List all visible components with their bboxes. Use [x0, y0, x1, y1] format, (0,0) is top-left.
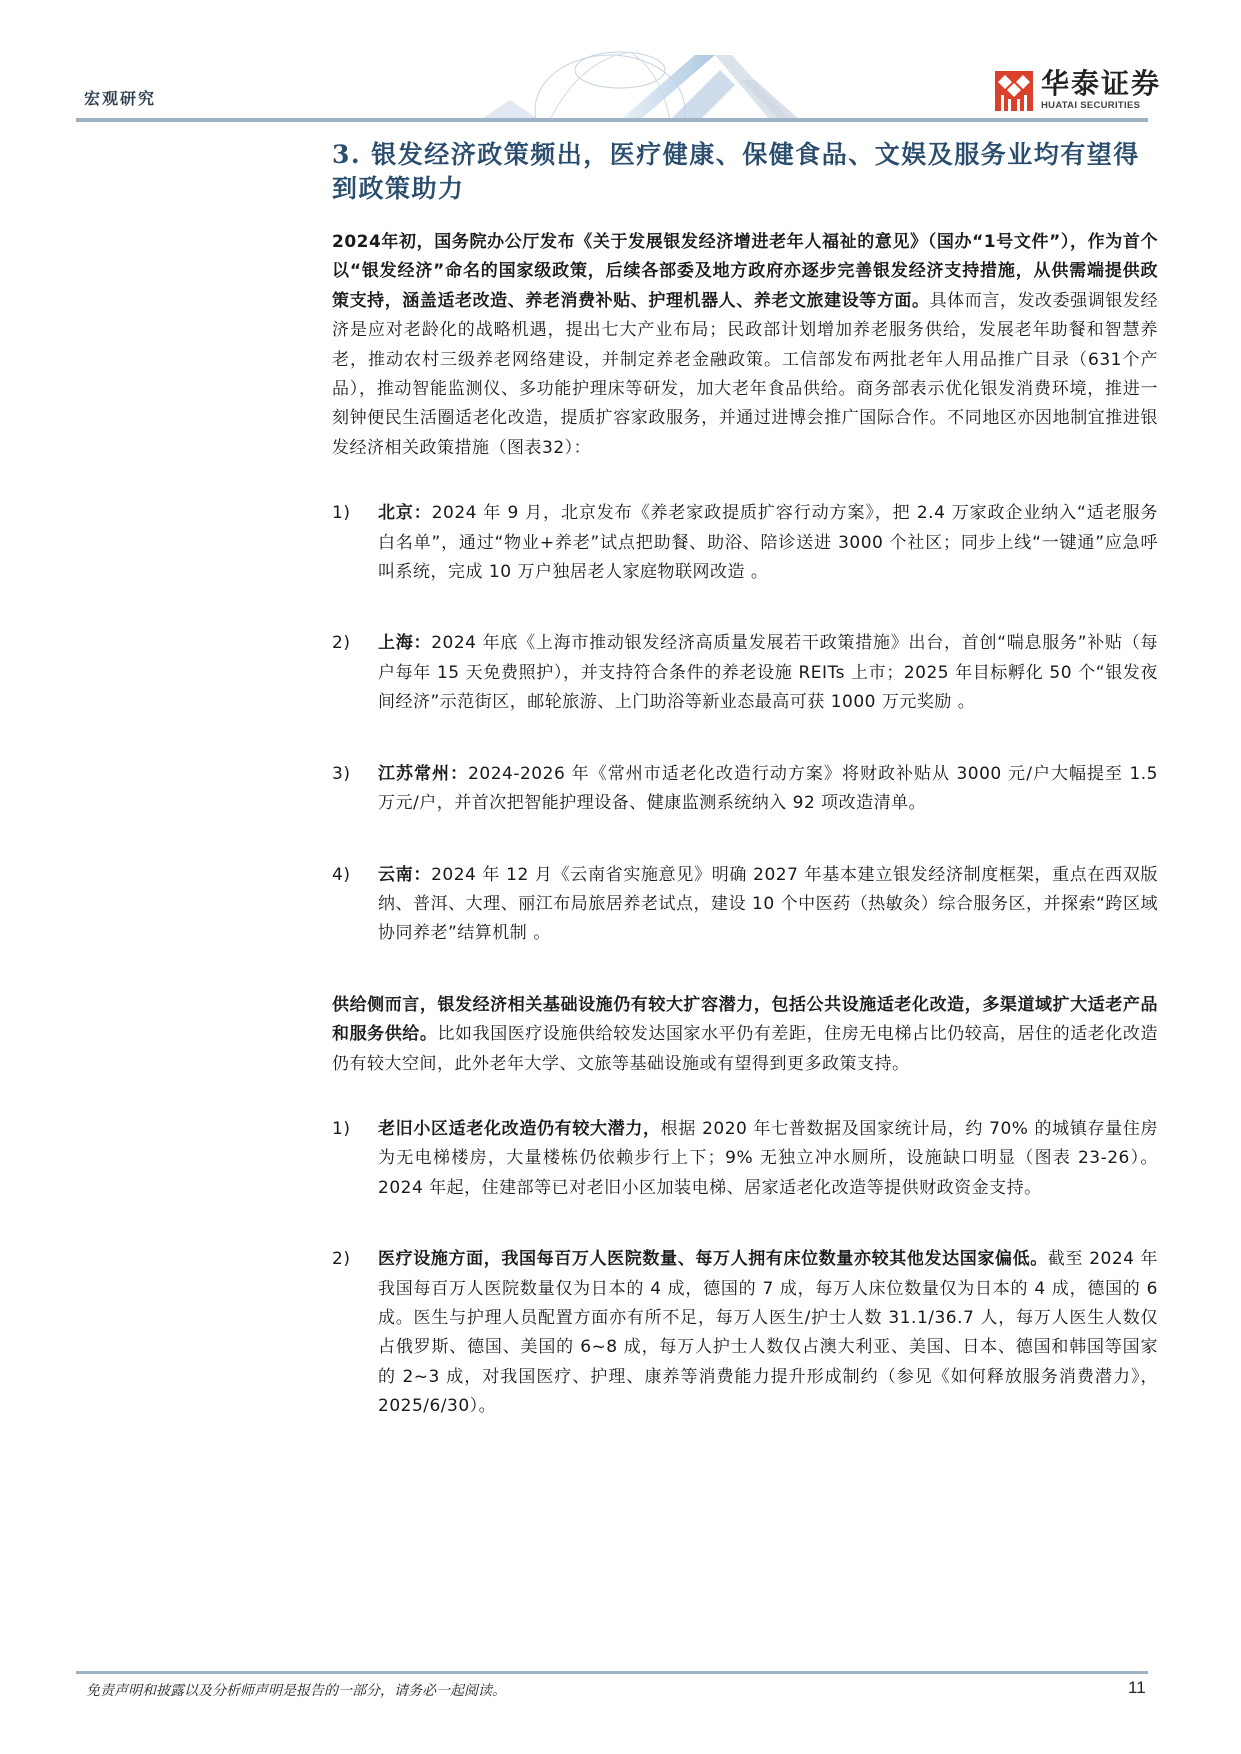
- item-heading: 云南：: [378, 865, 431, 885]
- list-number: 2): [332, 629, 378, 717]
- logo-name-cn: 华泰证券: [1041, 70, 1161, 98]
- list-item: 2) 上海：2024 年底《上海市推动银发经济高质量发展若干政策措施》出台，首创…: [332, 629, 1158, 717]
- huatai-logo: 华泰证券 HUATAI SECURITIES: [995, 70, 1161, 111]
- page-number: 11: [1128, 1678, 1146, 1698]
- footer-disclaimer: 免责声明和披露以及分析师声明是报告的一部分，请务必一起阅读。: [86, 1680, 506, 1700]
- item-text: 2024-2026 年《常州市适老化改造行动方案》将财政补贴从 3000 元/户…: [378, 764, 1158, 813]
- item-text: 2024 年底《上海市推动银发经济高质量发展若干政策措施》出台，首创“喘息服务”…: [378, 633, 1158, 712]
- item-text: 2024 年 9 月，北京发布《养老家政提质扩容行动方案》，把 2.4 万家政企…: [378, 503, 1158, 582]
- footer-divider: [76, 1671, 1148, 1674]
- list-number: 2): [332, 1245, 378, 1421]
- item-heading: 老旧小区适老化改造仍有较大潜力，: [378, 1119, 661, 1139]
- supply-item-list: 1) 老旧小区适老化改造仍有较大潜力，根据 2020 年七普数据及国家统计局，约…: [332, 1115, 1158, 1422]
- list-number: 1): [332, 1115, 378, 1203]
- list-item: 2) 医疗设施方面，我国每百万人医院数量、每万人拥有床位数量亦较其他发达国家偏低…: [332, 1245, 1158, 1421]
- list-number: 1): [332, 499, 378, 587]
- main-content: 3. 银发经济政策频出，医疗健康、保健食品、文娱及服务业均有望得到政策助力 20…: [332, 138, 1158, 1464]
- item-heading: 江苏常州：: [378, 764, 468, 784]
- list-item: 1) 北京：2024 年 9 月，北京发布《养老家政提质扩容行动方案》，把 2.…: [332, 499, 1158, 587]
- section-title: 3. 银发经济政策频出，医疗健康、保健食品、文娱及服务业均有望得到政策助力: [332, 138, 1158, 206]
- list-number: 4): [332, 861, 378, 949]
- list-item: 4) 云南：2024 年 12 月《云南省实施意见》明确 2027 年基本建立银…: [332, 861, 1158, 949]
- item-text: 2024 年 12 月《云南省实施意见》明确 2027 年基本建立银发经济制度框…: [378, 865, 1158, 944]
- supply-text: 比如我国医疗设施供给较发达国家水平仍有差距，住房无电梯占比仍较高，居住的适老化改…: [332, 1024, 1158, 1073]
- list-number: 3): [332, 760, 378, 819]
- regional-policy-list: 1) 北京：2024 年 9 月，北京发布《养老家政提质扩容行动方案》，把 2.…: [332, 499, 1158, 948]
- list-item: 1) 老旧小区适老化改造仍有较大潜力，根据 2020 年七普数据及国家统计局，约…: [332, 1115, 1158, 1203]
- header-divider: [76, 118, 1148, 122]
- intro-paragraph: 2024年初，国务院办公厅发布《关于发展银发经济增进老年人福祉的意见》（国办“1…: [332, 228, 1158, 463]
- item-text: 截至 2024 年我国每百万人医院数量仅为日本的 4 成，德国的 7 成，每万人…: [378, 1249, 1158, 1416]
- huatai-logo-mark-icon: [995, 71, 1033, 111]
- item-heading: 北京：: [378, 503, 432, 523]
- section-label: 宏观研究: [84, 86, 156, 109]
- logo-name-en: HUATAI SECURITIES: [1041, 100, 1161, 111]
- globe-decoration-icon: [470, 40, 800, 120]
- item-heading: 上海：: [378, 633, 431, 653]
- list-item: 3) 江苏常州：2024-2026 年《常州市适老化改造行动方案》将财政补贴从 …: [332, 760, 1158, 819]
- supply-paragraph: 供给侧而言，银发经济相关基础设施仍有较大扩容潜力，包括公共设施适老化改造，多渠道…: [332, 991, 1158, 1079]
- item-heading: 医疗设施方面，我国每百万人医院数量、每万人拥有床位数量亦较其他发达国家偏低。: [378, 1249, 1048, 1269]
- intro-text: 具体而言，发改委强调银发经济是应对老龄化的战略机遇，提出七大产业布局；民政部计划…: [332, 291, 1158, 458]
